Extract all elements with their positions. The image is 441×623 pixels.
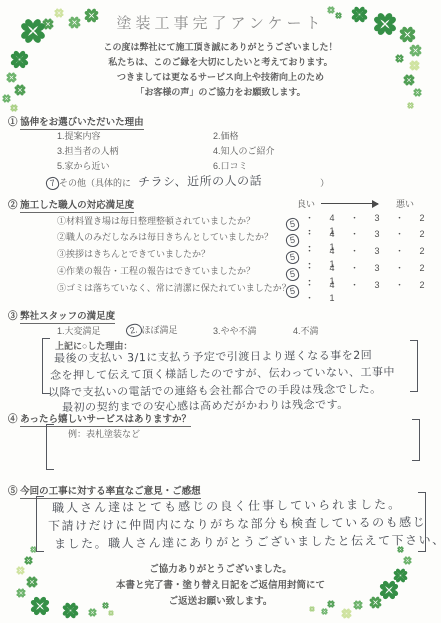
q5-heading: ⑤ 今回の工事に対する率直なご意見・ご感想 <box>8 483 201 497</box>
footer-instruction-line: 本書と完了書・塗り替え日記をご返信用封筒にて <box>0 577 441 591</box>
clover-icon <box>88 608 96 616</box>
page-title: 塗装工事完了アンケート <box>0 12 441 33</box>
clover-icon <box>309 606 314 611</box>
q3-option-1-num: 1. <box>57 326 65 336</box>
q2-question-1: ①材料置き場は毎日整理整頓されていましたか？ <box>57 214 255 227</box>
q1-other-close-paren: ） <box>320 178 329 188</box>
q1-other-answer: チラシ、近所の人の話 <box>138 172 262 190</box>
q5-number: ⑤ <box>8 486 18 497</box>
intro-line: 私たちは、このご縁を大切にしたいと考えております。 <box>0 55 441 70</box>
scale-good-label: 良い <box>297 197 315 210</box>
q4-heading: ④ あったら嬉しいサービスはありますか？ <box>8 411 191 425</box>
q2-question-2: ②職人のみだしなみは毎日きちんとしていましたか？ <box>57 230 273 243</box>
q1-heading: ① 協伸をお選びいただいた理由 <box>8 114 144 128</box>
q3-option-3-num: 3. <box>213 326 221 336</box>
q3-heading-text: 弊社スタッフの満足度 <box>20 311 115 324</box>
q3-number: ③ <box>8 311 18 322</box>
handwritten-circle: 7 <box>45 176 60 191</box>
left-bracket <box>46 424 54 470</box>
q1-option-other: 7その他（具体的に チラシ、近所の人の話 ） <box>46 173 329 190</box>
scale-bad-label: 悪い <box>396 197 414 210</box>
clover-icon <box>108 610 113 615</box>
q2-rating-5: 5 ・ 4 ・ 3 ・ 2 ・ 1 <box>286 278 441 304</box>
q2-heading-text: 施工した職人の対応満足度 <box>20 200 134 213</box>
q5-comment-line: ました。職人さん達にありがとうございましたと伝えて下さい、 <box>54 531 441 552</box>
q3-option-4-label: 不満 <box>301 326 319 336</box>
q4-number: ④ <box>8 414 18 425</box>
footer-instruction-line: ご返送お願い致します。 <box>0 593 441 607</box>
intro-text: この度は弊社にて施工頂き誠にありがとうございました！ 私たちは、このご縁を大切に… <box>0 40 441 100</box>
q1-option-5: 5.家から近い <box>57 159 110 172</box>
q4-example-text: 例：表札塗装など <box>68 427 140 440</box>
q2-number: ② <box>8 200 18 211</box>
q3-option-4-num: 4. <box>293 326 301 336</box>
right-bracket <box>410 340 418 392</box>
q3-option-4: 4.不満 <box>293 324 319 337</box>
q2-question-4: ④作業の報告・工程の報告はできていましたか？ <box>57 264 255 277</box>
q1-option-6: 6.口コミ <box>213 159 248 172</box>
rosette-clover-icon <box>341 608 351 618</box>
clover-icon <box>407 102 413 108</box>
survey-sheet: 塗装工事完了アンケート この度は弊社にて施工頂き誠にありがとうございました！ 私… <box>0 0 441 623</box>
left-bracket <box>36 496 44 552</box>
right-bracket <box>412 419 420 461</box>
q3-option-2-label: ほぼ満足 <box>142 325 178 335</box>
q1-number: ① <box>8 117 18 128</box>
clover-icon <box>10 104 17 111</box>
q1-option-3: 3.担当者の人柄 <box>57 144 119 157</box>
intro-line: つきましては更なるサービス向上や技術向上のため <box>0 70 441 85</box>
q3-option-2: 2.ほぼ満足 <box>126 323 178 337</box>
clover-icon <box>321 608 327 614</box>
q2-heading: ② 施工した職人の対応満足度 <box>8 197 134 211</box>
q3-reason-line: 最後の支払い 3/1に支払う予定で引渡日より遅くなる事を2回 <box>54 347 372 366</box>
q3-option-3-label: やや不満 <box>221 326 257 336</box>
q2-question-5: ⑤ゴミは落ちていなく、常に清潔に保たれていましたか？ <box>57 281 291 294</box>
arrow-right-icon <box>321 203 378 204</box>
handwritten-circle-5: 5 <box>285 283 300 298</box>
q1-other-label: その他（具体的に <box>59 178 131 188</box>
q1-option-2: 2.価格 <box>213 129 239 142</box>
q3-option-1-label: 大変満足 <box>65 326 101 336</box>
intro-line: この度は弊社にて施工頂き誠にありがとうございました！ <box>0 40 441 55</box>
q1-option-1: 1.提案内容 <box>57 129 101 142</box>
rating-scale-numbers: ・ 4 ・ 3 ・ 2 ・ 1 <box>305 278 441 304</box>
handwritten-circle: 2. <box>125 323 143 338</box>
q1-option-4: 4.知人のご紹介 <box>213 144 275 157</box>
q3-heading: ③ 弊社スタッフの満足度 <box>8 308 115 322</box>
footer-thanks-line: ご協力ありがとうございました。 <box>0 561 441 575</box>
intro-line: 「お客様の声」のご協力をお願致します。 <box>0 85 441 100</box>
q3-option-1: 1.大変満足 <box>57 324 101 337</box>
q3-option-3: 3.やや不満 <box>213 324 257 337</box>
q2-question-3: ③挨拶はきちんとできていましたか？ <box>57 247 210 260</box>
